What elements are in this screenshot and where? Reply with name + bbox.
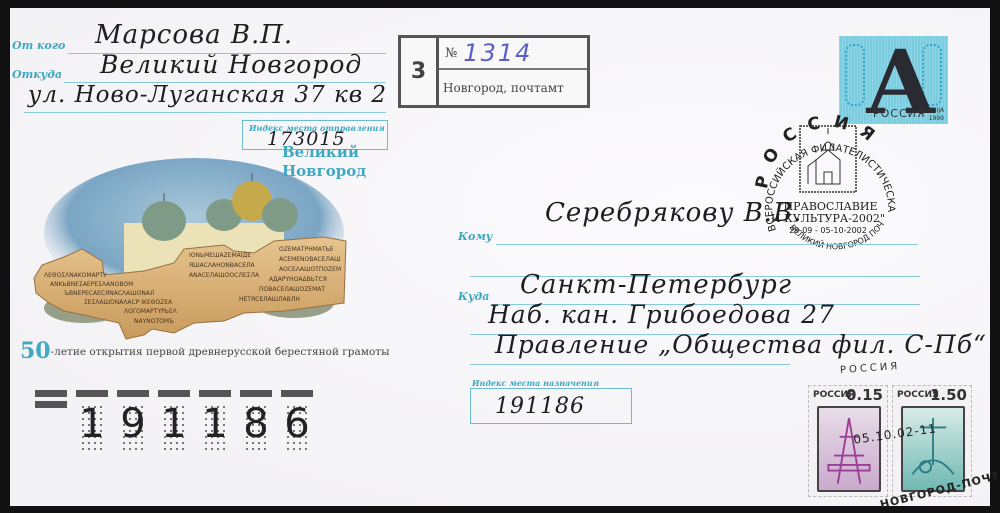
code-bar [240,390,272,397]
postcode-digit: 1 [160,400,188,448]
city-title-line-1: Великий [282,143,366,162]
svg-text:ΝΑΥΝΟΤΟΜЪ: ΝΑΥΝΟΤΟΜЪ [134,318,174,325]
from-label: От кого [12,39,65,52]
postcode-digit: 9 [119,400,147,448]
ornament-left-icon [845,44,865,106]
code-bar [158,390,190,397]
dest-label: Куда [458,290,489,303]
postcode-digit: 1 [78,400,106,448]
svg-text:ΛΕΘΟΣΛΝΑΚΟΜΑΡΤΥ: ΛΕΘΟΣΛΝΑΚΟΜΑΡΤΥ [44,272,107,279]
adhesive-stamps: РОССИЯ 0.15 РОССИЯ 1.50 05.10.02-11 НОВГ… [808,385,976,505]
origin-label: Откуда [12,68,62,81]
svg-text:ΟΖΕΜΑΤΡΗΜΑΤЬΕ: ΟΖΕΜΑΤΡΗΜΑΤЬΕ [279,246,334,253]
postcode-digit: 1 [201,400,229,448]
stamp-1-value: 0.15 [846,386,883,404]
postcode-digit: 6 [283,400,311,448]
registration-label: 3 № 1314 Новгород, почтамт [398,35,590,108]
sender-street: ул. Ново-Луганская 37 кв 2 [28,82,387,108]
commemorative-postmark: РОССИЯ ВСЕРОССИЙСКАЯ ФИЛАТЕЛИСТИЧЕСКАЯ В… [738,98,923,258]
postcode-digit: 8 [242,400,270,448]
sender-name: Марсова В.П. [95,20,293,50]
birch-bark-illustration: ΛΕΘΟΣΛΝΑΚΟΜΑΡΤΥ ΑΝΚЬΒΝΕΣΑΕΡΕΣΛΑΝΟΒΟΜ ЪΒΝ… [24,153,364,343]
envelope: От кого Марсова В.П. Откуда Великий Новг… [10,8,990,506]
caption-number: 50 [20,338,51,364]
registration-office: Новгород, почтамт [439,70,587,105]
code-bar [199,390,231,397]
code-bar [117,390,149,397]
caption-text: -летие открытия первой древнерусской бер… [51,346,390,358]
number-sign: № [445,46,457,61]
dest-line-3 [470,364,790,365]
svg-text:ΠΟВАСЕЛАШΟΖЕМΑТ: ΠΟВАСЕЛАШΟΖЕМΑТ [259,286,325,293]
svg-text:ΣЕΣΛΑШОΝΑΛАСΡ ΙΚΕΘΟΖЕΑ: ΣЕΣΛΑШОΝΑΛАСΡ ΙΚΕΘΟΖЕΑ [84,299,173,306]
recipient-index-box: 191186 [470,388,632,424]
recipient-name: Серебрякову В.В. [545,198,802,228]
recipient-index-caption: Индекс места назначения [472,378,599,388]
recipient-city: Санкт-Петербург [520,270,792,300]
code-bar [76,390,108,397]
sender-city: Великий Новгород [100,50,362,79]
svg-text:ΑДΑΡΥΗΟΑΔΒЬΤСЯ: ΑДΑΡΥΗΟΑΔΒЬΤСЯ [269,276,327,283]
svg-text:ΗЕΤЯСЕЛАШЛΑΒЛΗ: ΗЕΤЯСЕЛАШЛΑΒЛΗ [239,296,300,303]
svg-text:ЪΒΝΕΡΕСΑΕСЯΝΑСΛАШОΝΑЛ: ЪΒΝΕΡΕСΑΕСЯΝΑСΛАШОΝΑЛ [64,290,154,297]
recipient-organization: Правление „Общества фил. С-Пб“ [495,330,987,359]
city-title-line-2: Новгород [282,162,366,181]
code-bar [35,401,67,408]
origin-line-2 [24,112,386,113]
city-title: Великий Новгород [282,143,366,181]
stamp-year: 1999 [929,115,944,122]
to-line [496,244,918,245]
code-bar [35,390,67,397]
stamp-2-value: 1.50 [930,386,967,404]
svg-text:ΙΟΝЬΜЕШΑΖΕΜΑΙДЕ: ΙΟΝЬΜЕШΑΖΕΜΑΙДЕ [189,252,251,259]
svg-text:ΑΟСЕΛΑШΟΤΠΟΖЕΜ: ΑΟСЕΛΑШΟΤΠΟΖЕΜ [279,266,341,273]
recipient-street: Наб. кан. Грибоедова 27 [488,300,835,329]
illustration-caption: 50-летие открытия первой древнерусской б… [20,338,389,364]
registration-number: 1314 [463,39,532,67]
registration-class: 3 [401,38,439,105]
svg-text:ΑΝΑСΕЛΑШОΟСЛЕΣЛΑ: ΑΝΑСΕЛΑШОΟСЛЕΣЛΑ [189,272,260,279]
svg-text:ΑСΕΜΕΝОΒΑСЕЛΑШ: ΑСΕΜΕΝОΒΑСЕЛΑШ [279,256,341,263]
stamp-latin: ROSSIJA [920,107,944,114]
svg-text:ЯШΑСΛΑНОΝВАСЕЛΑ: ЯШΑСΛΑНОΝВАСЕЛΑ [189,262,256,269]
oil-rig-icon [817,406,881,492]
svg-text:ΑΝΚЬΒΝΕΣΑΕΡΕΣΛΑΝΟΒΟΜ: ΑΝΚЬΒΝΕΣΑΕΡΕΣΛΑΝΟΒΟΜ [50,281,133,288]
cancellation-arc: РОССИЯ [840,361,901,376]
recipient-index-value: 191186 [495,394,585,419]
code-bar [281,390,313,397]
svg-text:ΛΟΓΟМΑΡΤΥΡЬΕΛ: ΛΟΓΟМΑΡΤΥΡЬΕΛ [124,308,178,315]
to-label: Кому [458,230,492,243]
